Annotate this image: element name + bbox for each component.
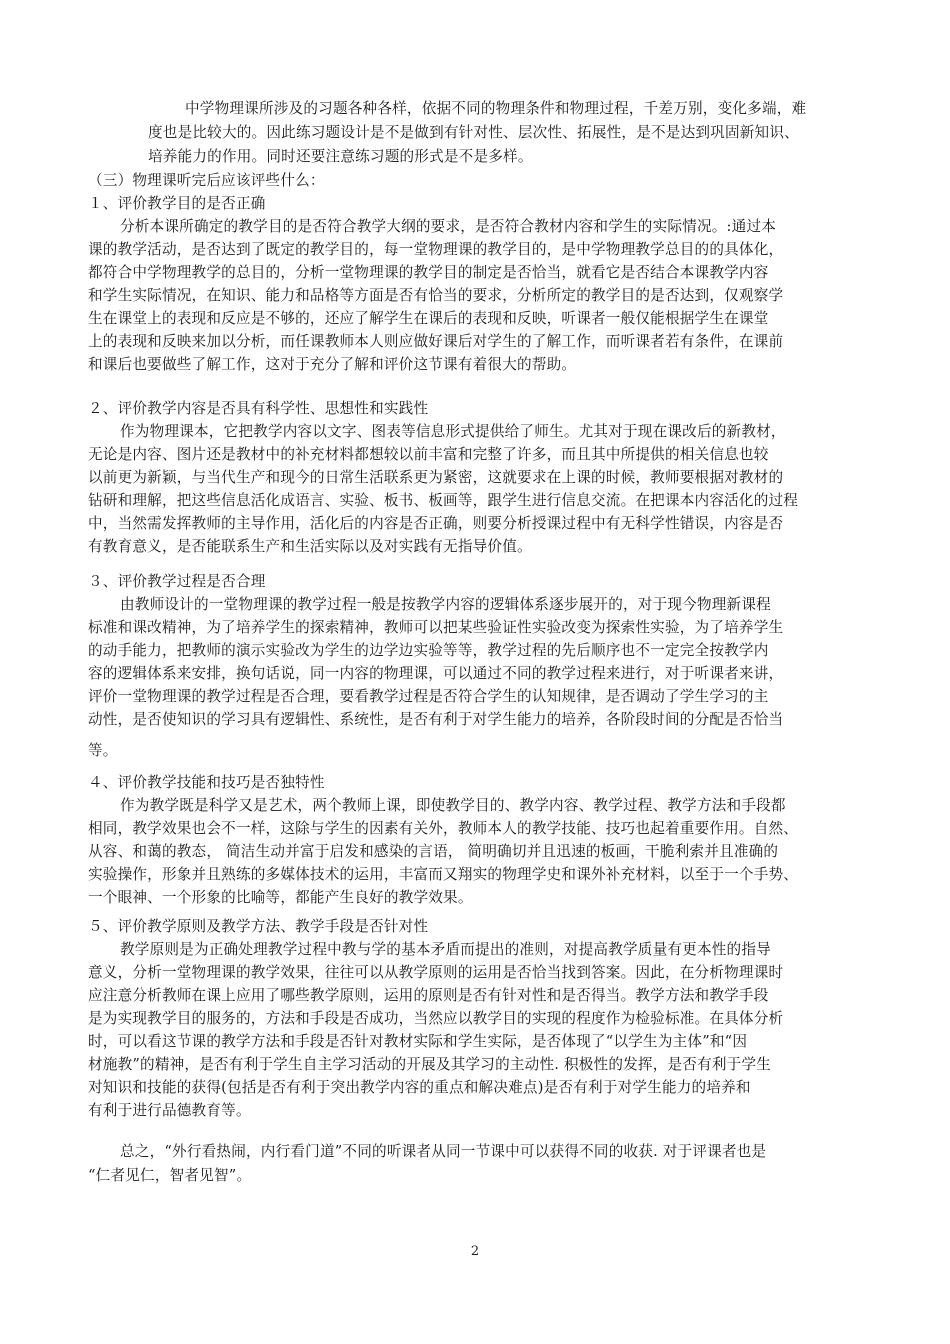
item-4-line-1: 作为教学既是科学又是艺术，两个教师上课，即使教学目的、教学内容、教学过程、教学方… xyxy=(120,795,786,817)
item-5-heading: ５、评价教学原则及教学方法、教学手段是否针对性 xyxy=(88,916,428,938)
item-3-line-2: 标准和课改精神，为了培养学生的探索精神，教师可以把某些验证性实验改变为探索性实验… xyxy=(88,617,783,639)
item-5-line-8: 有利于进行品德教育等。 xyxy=(88,1100,251,1122)
item-1-heading: １、评价教学目的是否正确 xyxy=(88,193,266,215)
item-1-line-5: 生在课堂上的表现和反应是不够的，还应了解学生在课后的表现和反映，听课者一般仅能根… xyxy=(88,308,769,330)
item-3-line-3: 的动手能力，把教师的演示实验改为学生的边学边实验等等，教学过程的先后顺序也不一定… xyxy=(88,640,769,662)
item-3-heading: ３、评价教学过程是否合理 xyxy=(88,571,266,593)
item-4-heading: ４、评价教学技能和技巧是否独特性 xyxy=(88,772,325,794)
item-1-line-7: 和课后也要做些了解工作，这对于充分了解和评价这节课有着很大的帮助。 xyxy=(88,354,576,376)
item-1-line-2: 课的教学活动，是否达到了既定的教学目的，每一堂物理课的教学目的，是中学物理教学总… xyxy=(88,239,783,261)
item-1-line-3: 都符合中学物理教学的总目的，分析一堂物理课的教学目的制定是否恰当，就看它是否结合… xyxy=(88,262,769,284)
section-heading: （三）物理课听完后应该评些什么： xyxy=(88,170,325,192)
conclusion-line-2: “仁者见仁，智者见智”。 xyxy=(88,1165,251,1187)
item-2-line-5: 中，当然需发挥教师的主导作用，活化后的内容是否正确，则要分析授课过程中有无科学性… xyxy=(88,513,783,535)
item-1-line-1: 分析本课所确定的教学目的是否符合教学大纲的要求，是否符合教材内容和学生的实际情况… xyxy=(120,216,776,238)
item-1-line-4: 和学生实际情况，在知识、能力和品格等方面是否有恰当的要求，分析所定的教学目的是否… xyxy=(88,285,783,307)
intro-line-1: 中学物理课所涉及的习题各种各样，依据不同的物理条件和物理过程，千差万别，变化多端… xyxy=(185,98,806,120)
item-1-line-6: 上的表现和反映来加以分析，而任课教师本人则应做好课后对学生的了解工作，而听课者若… xyxy=(88,331,783,353)
item-3-line-4: 容的逻辑体系来安排，换句话说，同一内容的物理课，可以通过不同的教学过程来进行，对… xyxy=(88,663,783,685)
item-5-line-4: 是为实现教学目的服务的，方法和手段是否成功，当然应以教学目的实现的程度作为检验标… xyxy=(88,1008,783,1030)
item-2-heading: ２、评价教学内容是否具有科学性、思想性和实践性 xyxy=(88,398,428,420)
item-5-line-5: 时，可以看这节课的教学方法和手段是否针对教材实际和学生实际，是否体现了“以学生为… xyxy=(88,1031,747,1053)
item-5-line-6: 材施教”的精神，是否有利于学生自主学习活动的开展及其学习的主动性. 积极性的发挥… xyxy=(88,1054,771,1076)
item-4-line-2: 相同，教学效果也会不一样，这除与学生的因素有关外，教师本人的教学技能、技巧也起着… xyxy=(88,818,798,840)
intro-line-3: 培养能力的作用。同时还要注意练习题的形式是不是多样。 xyxy=(148,146,533,168)
item-5-line-1: 教学原则是为正确处理教学过程中教与学的基本矛盾而提出的准则，对提高教学质量有更本… xyxy=(120,939,771,961)
item-2-line-6: 有教育意义，是否能联系生产和生活实际以及对实践有无指导价值。 xyxy=(88,536,532,558)
conclusion-line-1: 总之，“外行看热闹，内行看门道”不同的听课者从同一节课中可以获得不同的收获. 对… xyxy=(120,1141,766,1163)
item-5-line-2: 意义，分析一堂物理课的教学效果，往往可以从教学原则的运用是否恰当找到答案。因此，… xyxy=(88,962,783,984)
document-page: 中学物理课所涉及的习题各种各样，依据不同的物理条件和物理过程，千差万别，变化多端… xyxy=(0,0,950,1344)
item-3-line-5: 评价一堂物理课的教学过程是否合理，要看教学过程是否符合学生的认知规律，是否调动了… xyxy=(88,686,769,708)
item-2-line-3: 以前更为新颖，与当代生产和现今的日常生活联系更为紧密，这就要求在上课的时候，教师… xyxy=(88,467,783,489)
item-4-line-4: 实验操作，形象并且熟练的多媒体技术的运用，丰富而又翔实的物理学史和课外补充材料，… xyxy=(88,864,798,886)
item-3-line-6: 动性，是否使知识的学习具有逻辑性、系统性，是否有利于对学生能力的培养，各阶段时间… xyxy=(88,709,783,731)
item-4-line-3: 从容、和蔼的教态， 简洁生动并富于启发和感染的言语， 简明确切并且迅速的板画，干… xyxy=(88,841,778,863)
item-2-line-2: 无论是内容、图片还是教材中的补充材料都想较以前丰富和完整了许多，而且其中所提供的… xyxy=(88,444,769,466)
intro-line-2: 度也是比较大的。因此练习题设计是不是做到有针对性、层次性、拓展性，是不是达到巩固… xyxy=(148,122,799,144)
item-5-line-7: 对知识和技能的获得(包括是否有利于突出教学内容的重点和解决难点)是否有利于对学生… xyxy=(88,1077,751,1099)
page-number: 2 xyxy=(0,1244,950,1259)
item-4-line-5: 一个眼神、一个形象的比喻等，都能产生良好的教学效果。 xyxy=(88,887,473,909)
item-5-line-3: 应注意分析教师在课上应用了哪些教学原则，运用的原则是否有针对性和是否得当。教学方… xyxy=(88,985,769,1007)
item-2-line-4: 钻研和理解，把这些信息活化成语言、实验、板书、板画等，跟学生进行信息交流。在把课… xyxy=(88,490,798,512)
item-2-line-1: 作为物理课本，它把教学内容以文字、图表等信息形式提供给了师生。尤其对于现在课改后… xyxy=(120,421,786,443)
item-3-line-1: 由教师设计的一堂物理课的教学过程一般是按教学内容的逻辑体系逐步展开的，对于现今物… xyxy=(120,594,771,616)
item-3-line-7: 等。 xyxy=(88,740,118,762)
